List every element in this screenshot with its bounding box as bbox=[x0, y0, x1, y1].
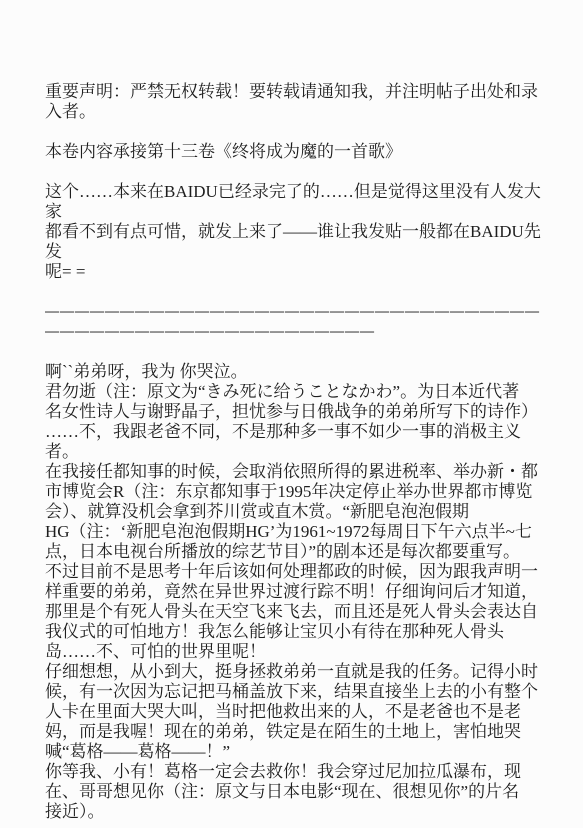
document-page: 重要声明：严禁无权转载！要转载请通知我，并注明帖子出处和录 入者。 本卷内容承接… bbox=[0, 0, 583, 828]
poster-comment-paragraph: 这个……本来在BAIDU已经录完了的……但是觉得这里没有人发大家 都看不到有点可… bbox=[45, 182, 545, 282]
copyright-notice-paragraph: 重要声明：严禁无权转载！要转载请通知我，并注明帖子出处和录 入者。 bbox=[45, 82, 545, 122]
volume-continuation-note: 本卷内容承接第十三卷《终将成为魔的一首歌》 bbox=[45, 142, 545, 162]
dash-divider: ————————————————————————————————— ——————… bbox=[45, 302, 545, 342]
novel-body-text: 啊``弟弟呀，我为 你哭泣。 君勿逝（注：原文为“きみ死に给うことなかわ”。为日… bbox=[45, 362, 545, 822]
